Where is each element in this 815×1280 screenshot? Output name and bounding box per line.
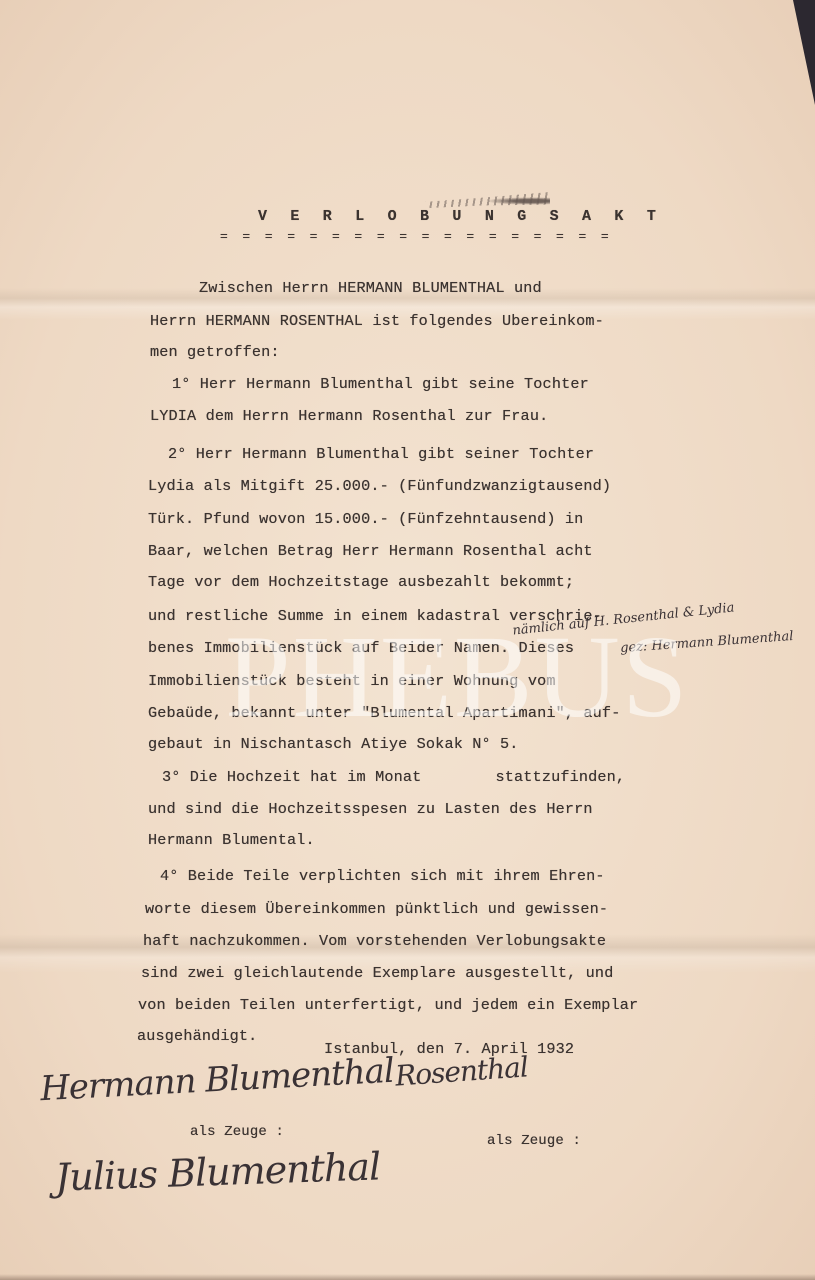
clause-3-line-3: Hermann Blumental. <box>148 831 315 849</box>
clause-2-line-8: Immobilienstück besteht in einer Wohnung… <box>148 672 556 690</box>
clause-4-line-6: ausgehändigt. <box>137 1027 257 1045</box>
clause-3-line-2: und sind die Hochzeitsspesen zu Lasten d… <box>148 800 593 818</box>
clause-4-line-5: von beiden Teilen unterfertigt, und jede… <box>138 996 638 1014</box>
clause-2-line-9: Gebaüde, bekannt unter "Blumental Aparti… <box>148 704 620 722</box>
clause-2-line-10: gebaut in Nischantasch Atiye Sokak N° 5. <box>148 735 519 753</box>
clause-2-line-4: Baar, welchen Betrag Herr Hermann Rosent… <box>148 542 593 560</box>
document-title: V E R L O B U N G S A K T <box>258 208 663 225</box>
intro-line-3: men getroffen: <box>150 343 280 361</box>
clause-1-line-1: 1° Herr Hermann Blumenthal gibt seine To… <box>172 375 589 393</box>
paper-bottom-edge <box>0 1274 815 1280</box>
clause-1-line-2: LYDIA dem Herrn Hermann Rosenthal zur Fr… <box>150 407 548 425</box>
clause-4-line-1: 4° Beide Teile verplichten sich mit ihre… <box>160 867 605 885</box>
clause-2-line-3: Türk. Pfund wovon 15.000.- (Fünfzehntaus… <box>148 510 583 528</box>
intro-line-1: Zwischen Herrn HERMANN BLUMENTHAL und <box>199 279 542 297</box>
clause-2-line-7: benes Immobilienstück auf Beider Namen. … <box>148 639 574 657</box>
witness-left-label: als Zeuge : <box>190 1124 284 1140</box>
dark-background-corner <box>793 0 815 105</box>
intro-line-2: Herrn HERMANN ROSENTHAL ist folgendes Ub… <box>150 312 604 330</box>
title-underline: = = = = = = = = = = = = = = = = = = <box>220 229 612 244</box>
clause-3-line-1: 3° Die Hochzeit hat im Monat stattzufind… <box>162 768 625 786</box>
clause-2-line-1: 2° Herr Hermann Blumenthal gibt seiner T… <box>168 445 594 463</box>
clause-4-line-4: sind zwei gleichlautende Exemplare ausge… <box>141 964 613 982</box>
clause-4-line-3: haft nachzukommen. Vom vorstehenden Verl… <box>143 932 606 950</box>
witness-right-label: als Zeuge : <box>487 1133 581 1149</box>
clause-2-line-2: Lydia als Mitgift 25.000.- (Fünfundzwanz… <box>148 477 611 495</box>
clause-4-line-2: worte diesem Übereinkommen pünktlich und… <box>145 900 608 918</box>
clause-2-line-5: Tage vor dem Hochzeitstage ausbezahlt be… <box>148 573 574 591</box>
